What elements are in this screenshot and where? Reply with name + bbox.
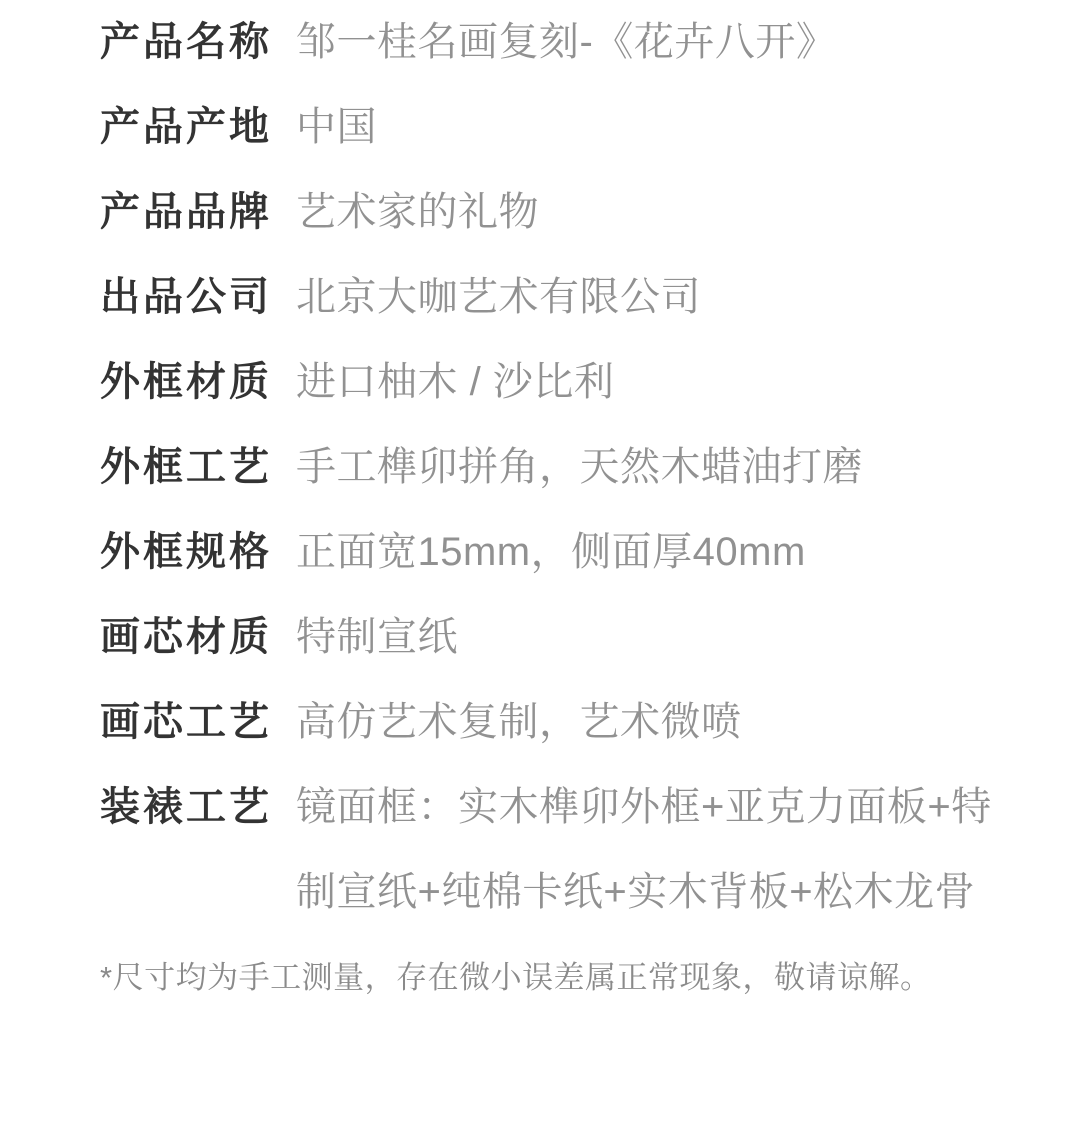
product-spec-sheet: 产品名称 邹一桂名画复刻-《花卉八开》 产品产地 中国 产品品牌 艺术家的礼物 … <box>0 0 1080 1020</box>
spec-label: 产品品牌 <box>100 170 296 255</box>
spec-value: 高仿艺术复制，艺术微喷 <box>296 680 1006 765</box>
spec-row: 出品公司 北京大咖艺术有限公司 <box>100 255 1080 340</box>
spec-row: 产品品牌 艺术家的礼物 <box>100 170 1080 255</box>
spec-value: 北京大咖艺术有限公司 <box>296 255 1006 340</box>
spec-value: 正面宽15mm，侧面厚40mm <box>296 510 1006 595</box>
spec-label: 外框规格 <box>100 510 296 595</box>
measurement-note: *尺寸均为手工测量，存在微小误差属正常现象，敬请谅解。 <box>100 935 1080 1020</box>
spec-value: 手工榫卯拼角，天然木蜡油打磨 <box>296 425 1006 510</box>
spec-label: 出品公司 <box>100 255 296 340</box>
spec-value: 邹一桂名画复刻-《花卉八开》 <box>296 0 1006 85</box>
spec-value: 艺术家的礼物 <box>296 170 1006 255</box>
spec-label: 产品产地 <box>100 85 296 170</box>
spec-row: 装裱工艺 镜面框：实木榫卯外框+亚克力面板+特制宣纸+纯棉卡纸+实木背板+松木龙… <box>100 765 1080 935</box>
spec-row: 外框规格 正面宽15mm，侧面厚40mm <box>100 510 1080 595</box>
spec-row: 外框材质 进口柚木 / 沙比利 <box>100 340 1080 425</box>
spec-label: 装裱工艺 <box>100 765 296 850</box>
spec-value: 中国 <box>296 85 1006 170</box>
spec-label: 画芯工艺 <box>100 680 296 765</box>
spec-row: 外框工艺 手工榫卯拼角，天然木蜡油打磨 <box>100 425 1080 510</box>
spec-value: 特制宣纸 <box>296 595 1006 680</box>
spec-row: 产品产地 中国 <box>100 85 1080 170</box>
spec-row: 产品名称 邹一桂名画复刻-《花卉八开》 <box>100 0 1080 85</box>
spec-row: 画芯工艺 高仿艺术复制，艺术微喷 <box>100 680 1080 765</box>
spec-label: 外框材质 <box>100 340 296 425</box>
spec-label: 外框工艺 <box>100 425 296 510</box>
spec-value: 镜面框：实木榫卯外框+亚克力面板+特制宣纸+纯棉卡纸+实木背板+松木龙骨 <box>296 765 1006 935</box>
spec-row: 画芯材质 特制宣纸 <box>100 595 1080 680</box>
spec-value: 进口柚木 / 沙比利 <box>296 340 1006 425</box>
spec-label: 画芯材质 <box>100 595 296 680</box>
spec-label: 产品名称 <box>100 0 296 85</box>
